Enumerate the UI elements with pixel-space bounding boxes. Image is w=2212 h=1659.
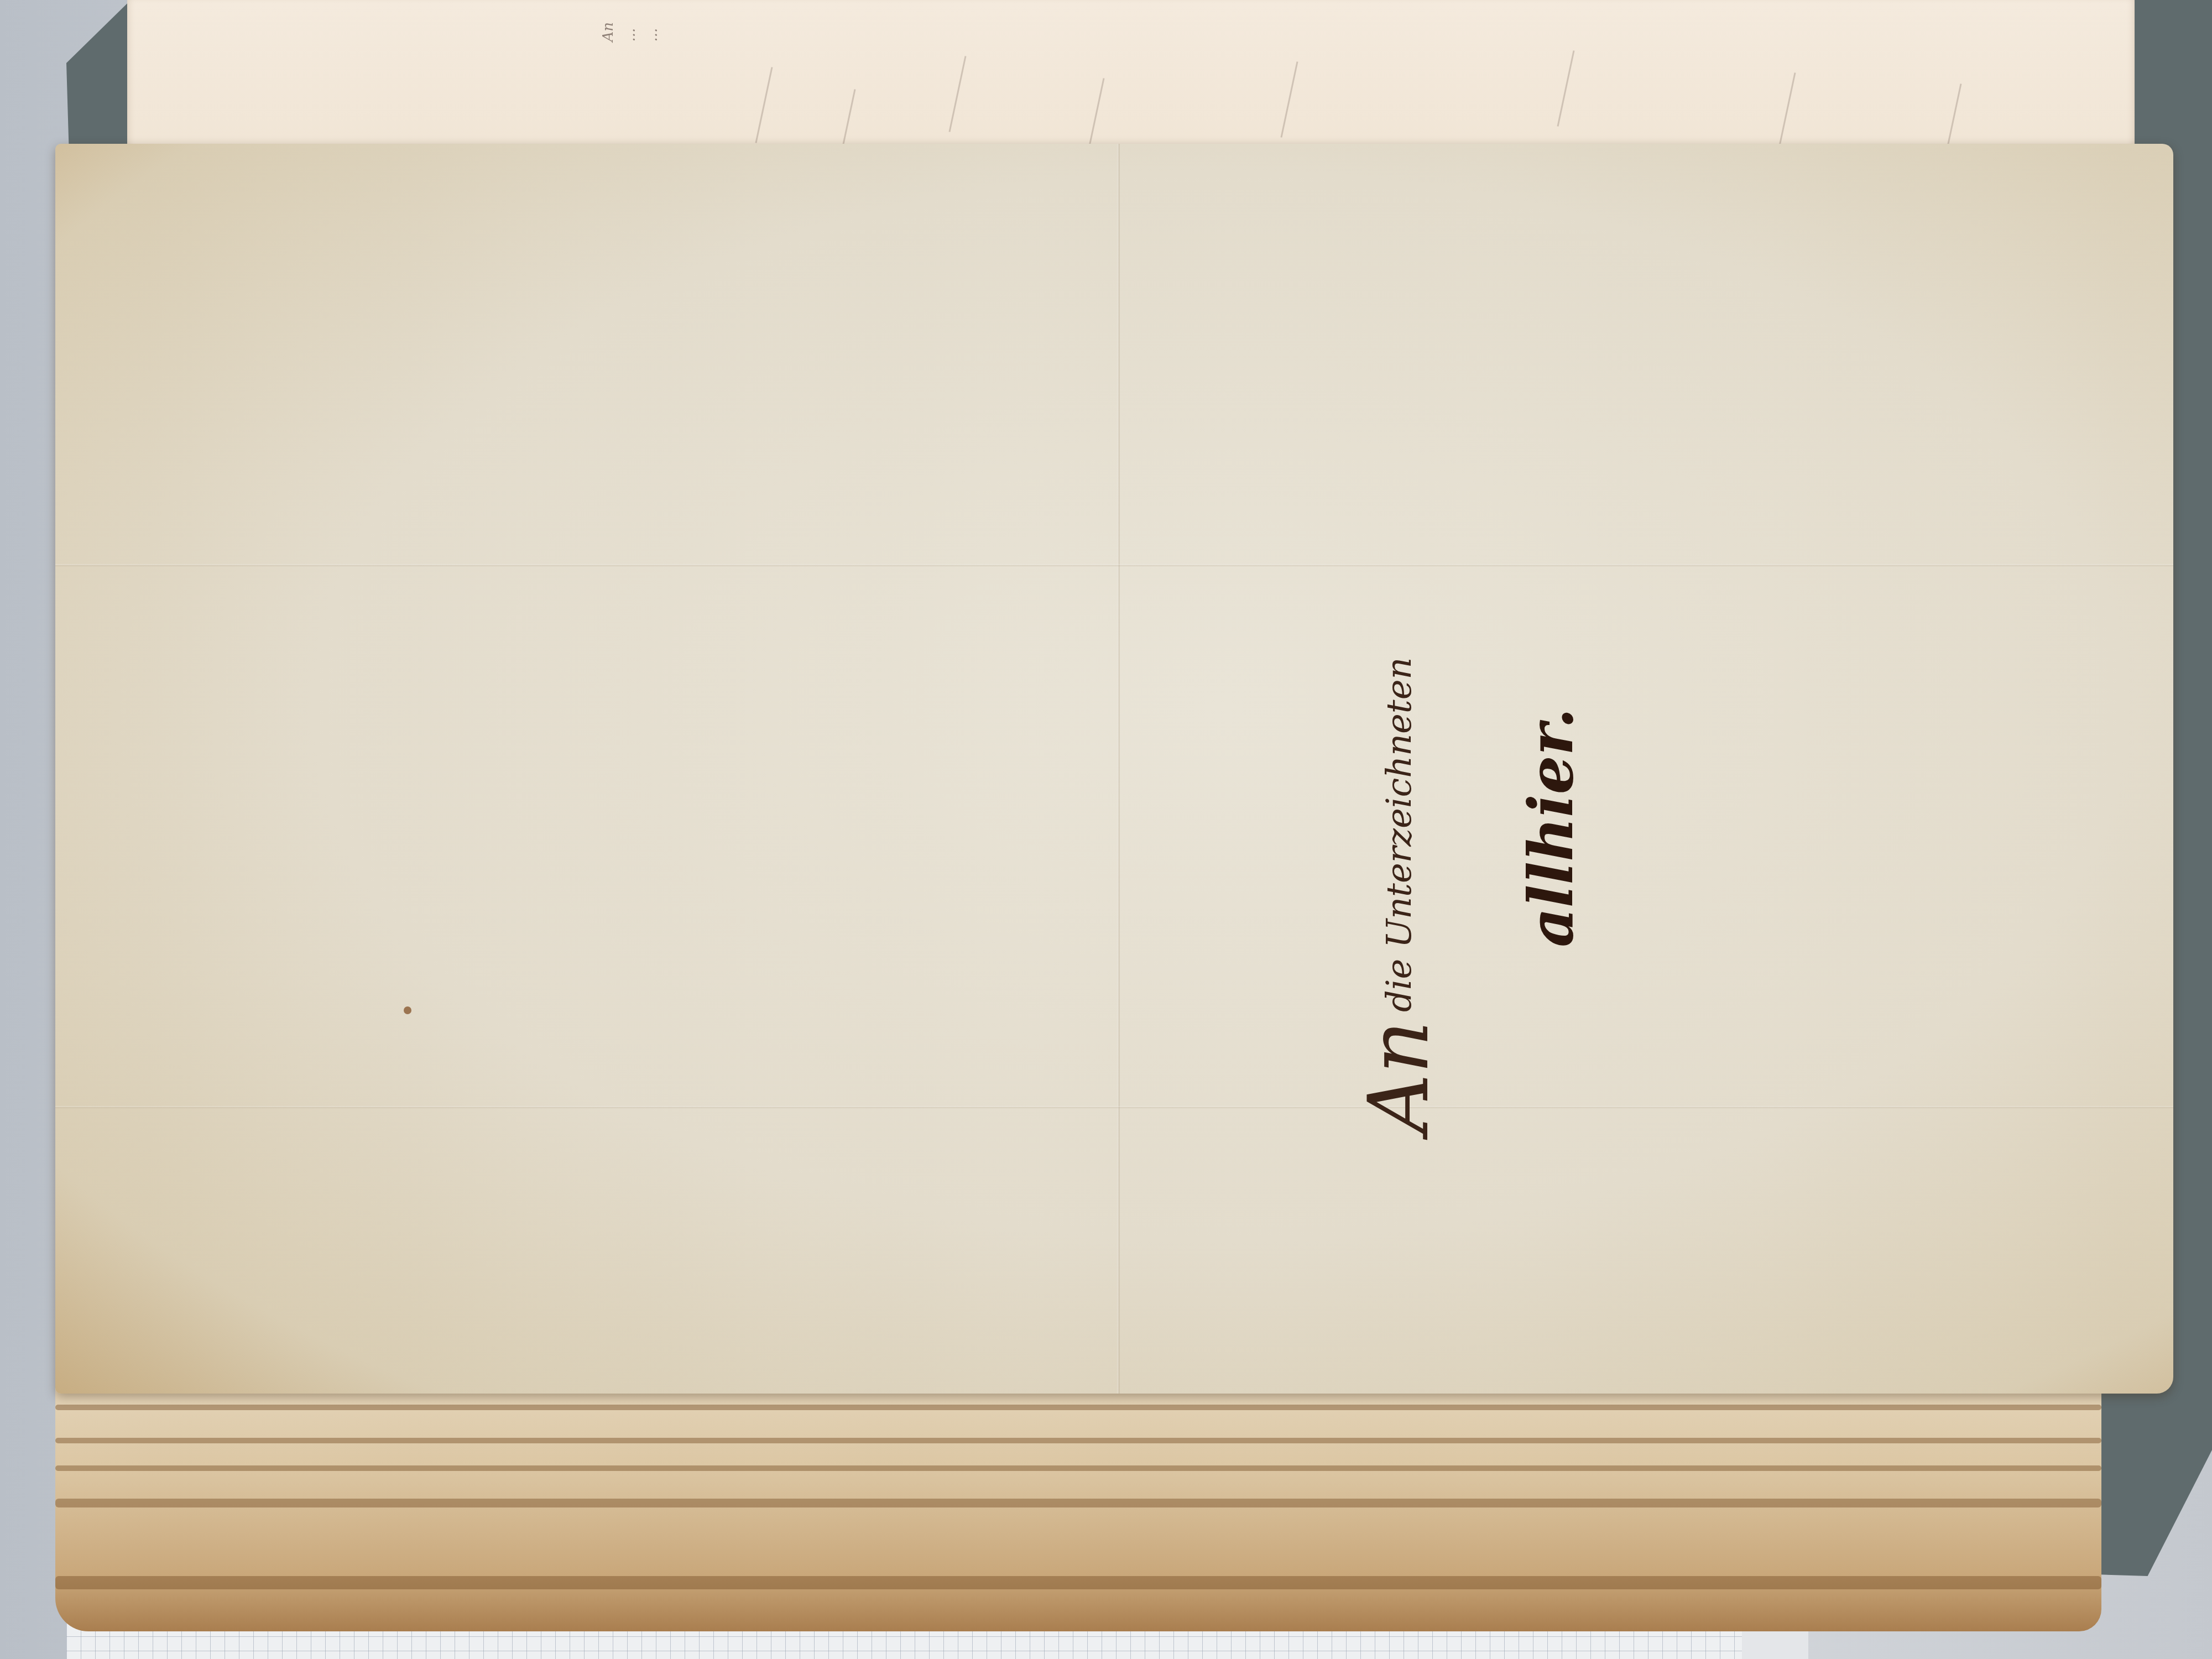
page-edge bbox=[55, 1405, 2101, 1410]
page-edge bbox=[55, 1499, 2101, 1507]
horizontal-fold-crease bbox=[55, 564, 2173, 566]
page-stack-edges bbox=[55, 1355, 2101, 1631]
vertical-fold-crease bbox=[1117, 144, 1120, 1394]
faint-script-stroke bbox=[1557, 50, 1574, 127]
underlying-line: An bbox=[600, 22, 617, 42]
page-edge bbox=[55, 1438, 2101, 1443]
place-line: allhier. bbox=[1515, 708, 1587, 947]
faint-script-stroke bbox=[1087, 78, 1104, 154]
underlying-line: ... bbox=[644, 28, 661, 42]
faint-script-stroke bbox=[1778, 72, 1796, 149]
address-recipient: die Unterzeichneten bbox=[1379, 658, 1419, 1012]
faint-script-stroke bbox=[948, 56, 966, 132]
address-salutation: An bbox=[1351, 1020, 1447, 1134]
page-edge bbox=[55, 1465, 2101, 1471]
address-block: An die Unterzeichneten bbox=[1349, 636, 1449, 1134]
faint-script-stroke bbox=[1280, 61, 1298, 138]
folded-letter-cover bbox=[55, 144, 2173, 1394]
faint-script-stroke bbox=[755, 67, 773, 143]
page-edge bbox=[55, 1576, 2101, 1589]
horizontal-fold-crease bbox=[55, 1106, 2173, 1108]
underlying-handwriting: An ... ... bbox=[597, 22, 664, 42]
ink-spot bbox=[404, 1006, 411, 1014]
underlying-line: ... bbox=[622, 28, 639, 42]
